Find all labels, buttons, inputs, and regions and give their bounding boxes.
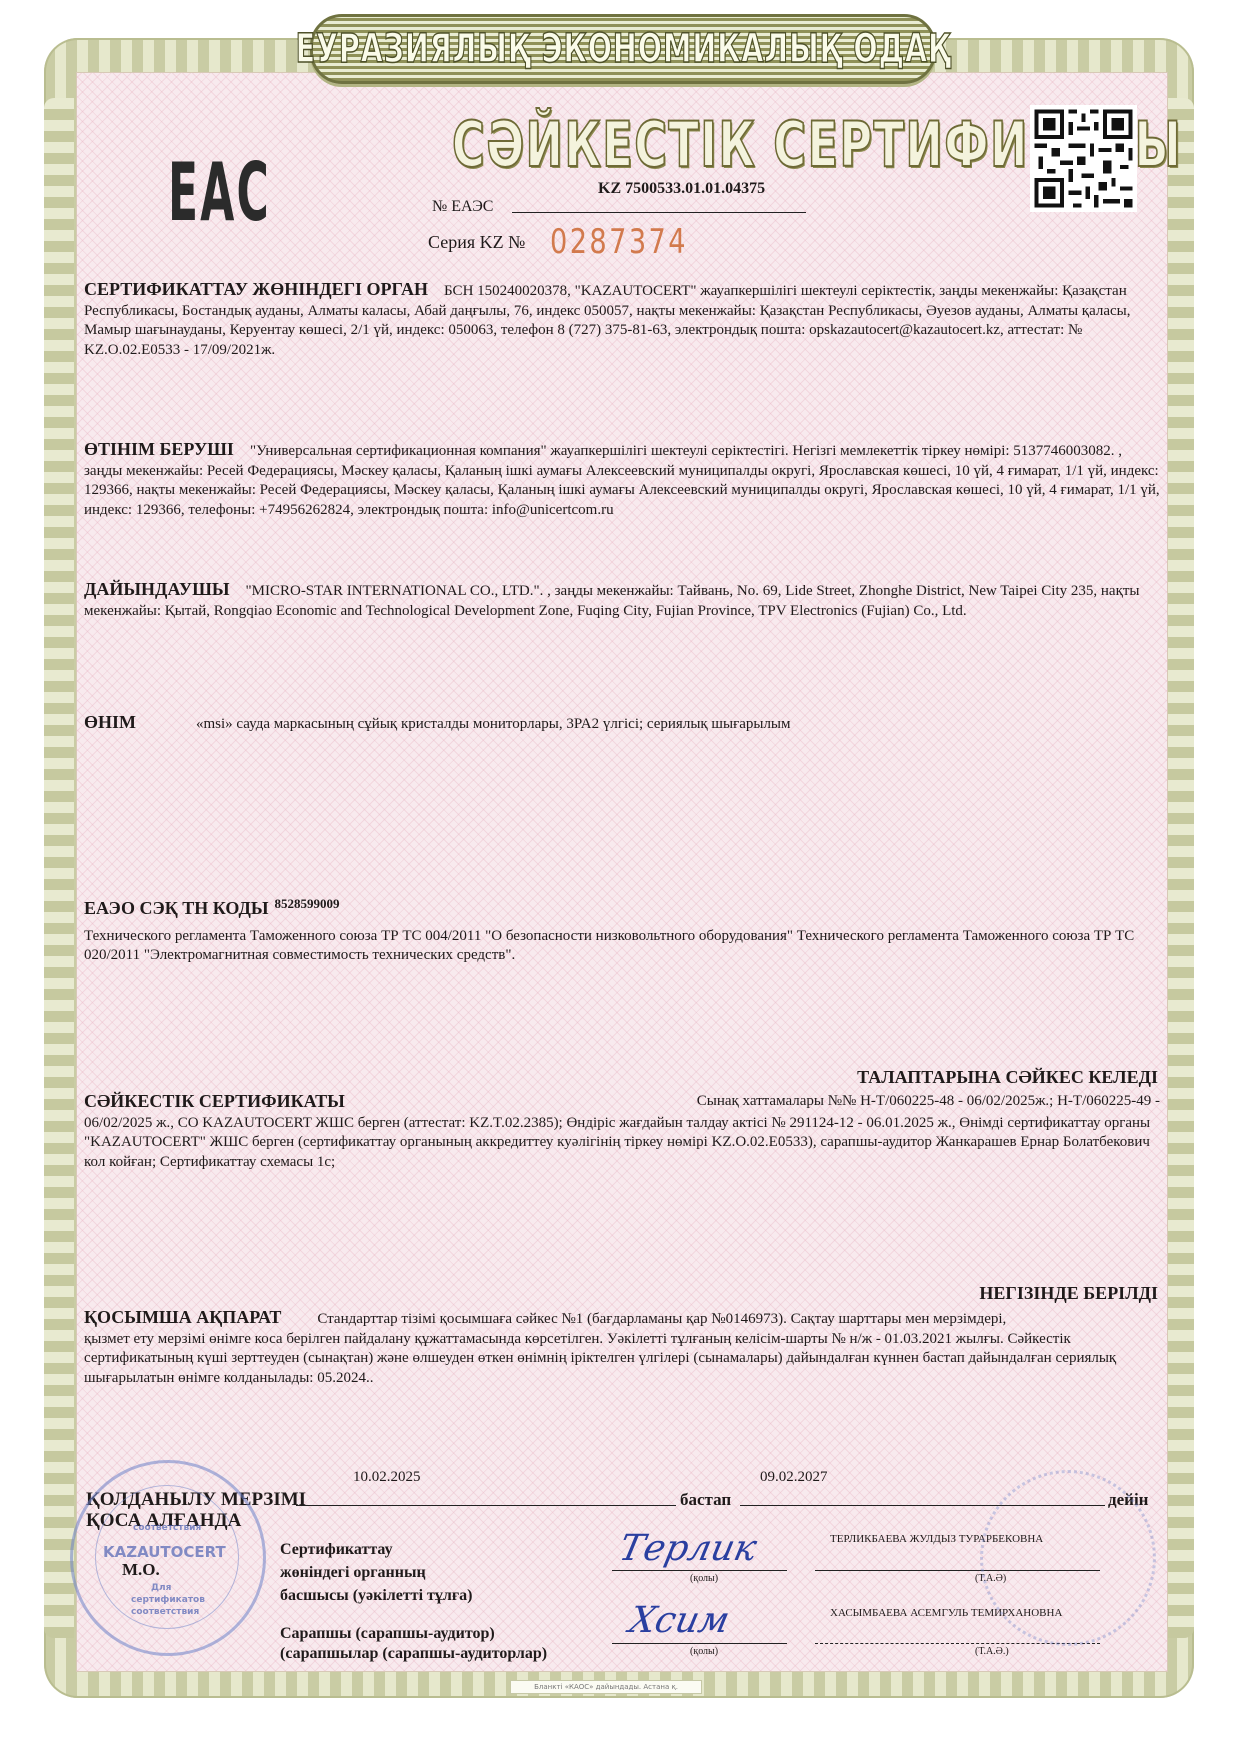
head-signature-line [612,1570,787,1571]
applicant-text: "Универсальная сертификационная компания… [84,443,1160,518]
tn-code-heading: ЕАЭО СЭҚ ТН КОДЫ [84,898,269,918]
conformity-text: 06/02/2025 ж., СО KAZAUTOCERT ЖШС берген… [84,1114,1164,1173]
product-text: «msi» сауда маркасының сұйық кристалды м… [196,716,791,732]
head-label-3: басшысы (уәкілетті тұлға) [280,1587,472,1605]
head-signature: Терлик [616,1528,761,1569]
conformity-text-first: Сынақ хаттамалары №№ Н-Т/060225-48 - 06/… [697,1092,1160,1112]
stamp-text-3: сертификатов [131,1595,205,1605]
certificate-title: СӘЙКЕСТІК СЕРТИФИКАТЫ [310,108,930,181]
expert-label-1: Сарапшы (сарапшы-аудитор) [280,1625,495,1643]
border-right [1164,98,1194,1638]
expert-name-caption: (Т.А.Ә.) [975,1646,1009,1657]
head-label-1: Сертификаттау [280,1541,393,1559]
union-ribbon: ЕУРАЗИЯЛЫҚ ЭКОНОМИКАЛЫҚ ОДАҚ [310,14,936,84]
tn-code-section: ЕАЭО СЭҚ ТН КОДЫ8528599009 Технического … [84,894,1164,966]
valid-from-date: 10.02.2025 [353,1469,421,1486]
second-stamp-icon [980,1470,1156,1646]
conformity-section: ТАЛАПТАРЫНА СӘЙКЕС КЕЛЕДІ СӘЙКЕСТІК СЕРТ… [84,1068,1164,1178]
eac-mark-icon: ЕАС [168,146,271,239]
conformity-right-heading: ТАЛАПТАРЫНА СӘЙКЕС КЕЛЕДІ [857,1068,1158,1088]
stamp-brand: KAZAUTOCERT [103,1543,226,1561]
valid-to-date: 09.02.2027 [760,1469,828,1486]
certification-body-heading: СЕРТИФИКАТТАУ ЖӨНІНДЕГІ ОРГАН [84,279,428,299]
applicant-heading: ӨТІНІМ БЕРУШІ [84,439,234,459]
series-number: 0287374 [550,222,688,262]
registration-underline [512,212,806,213]
additional-right-heading: НЕГІЗІНДЕ БЕРІЛДІ [979,1284,1158,1304]
registration-label: № ЕАЭС [432,198,493,216]
expert-sign-caption: (қолы) [690,1646,718,1657]
expert-signature-line [612,1643,787,1644]
printer-note: Бланкті «КАОС» дайындады. Астана қ. [510,1680,702,1694]
head-sign-caption: (қолы) [690,1573,718,1584]
from-date-line [296,1505,676,1506]
manufacturer-text: "MICRO-STAR INTERNATIONAL CO., LTD.". , … [84,583,1140,619]
manufacturer-section: ДАЙЫНДАУШЫ"MICRO-STAR INTERNATIONAL CO.,… [84,580,1164,621]
qr-code-icon [1030,105,1137,212]
union-name: ЕУРАЗИЯЛЫҚ ЭКОНОМИКАЛЫҚ ОДАҚ [295,26,950,72]
additional-heading: ҚОСЫМША АҚПАРАТ [84,1307,281,1327]
certification-body-section: СЕРТИФИКАТТАУ ЖӨНІНДЕГІ ОРГАНБСН 1502400… [84,280,1164,360]
head-label-2: жөніндегі органның [280,1564,426,1582]
tn-code-text: Технического регламента Таможенного союз… [84,927,1164,966]
organization-stamp-icon: соответствия KAZAUTOCERT Для сертификато… [70,1460,266,1656]
manufacturer-heading: ДАЙЫНДАУШЫ [84,579,230,599]
expert-signature: Хсим [626,1600,734,1641]
expert-label-2: (сарапшылар (сарапшы-аудиторлар) [280,1645,547,1663]
stamp-text-4: соответствия [131,1607,199,1617]
stamp-text-1: соответствия [133,1523,201,1533]
applicant-section: ӨТІНІМ БЕРУШІ"Универсальная сертификацио… [84,440,1164,520]
product-section: ӨНІМ«msi» сауда маркасының сұйық кристал… [84,713,1164,735]
registration-number: KZ 7500533.01.01.04375 [598,180,765,198]
stamp-text-2: Для [151,1583,171,1593]
additional-text: қызмет ету мерзімі өнімге коса берілген … [84,1330,1164,1389]
additional-text-first: Стандарттар тізімі қосымшаға сәйкес №1 (… [317,1311,1006,1327]
from-word: бастап [680,1490,731,1510]
tn-code-value: 8528599009 [275,896,340,911]
series-label: Серия KZ № [428,232,525,253]
border-left [44,98,74,1638]
conformity-heading: СӘЙКЕСТІК СЕРТИФИКАТЫ [84,1091,345,1111]
additional-info-section: НЕГІЗІНДЕ БЕРІЛДІ ҚОСЫМША АҚПАРАТСтандар… [84,1284,1164,1394]
product-heading: ӨНІМ [84,712,136,732]
stamp-label: М.О. [122,1560,160,1580]
